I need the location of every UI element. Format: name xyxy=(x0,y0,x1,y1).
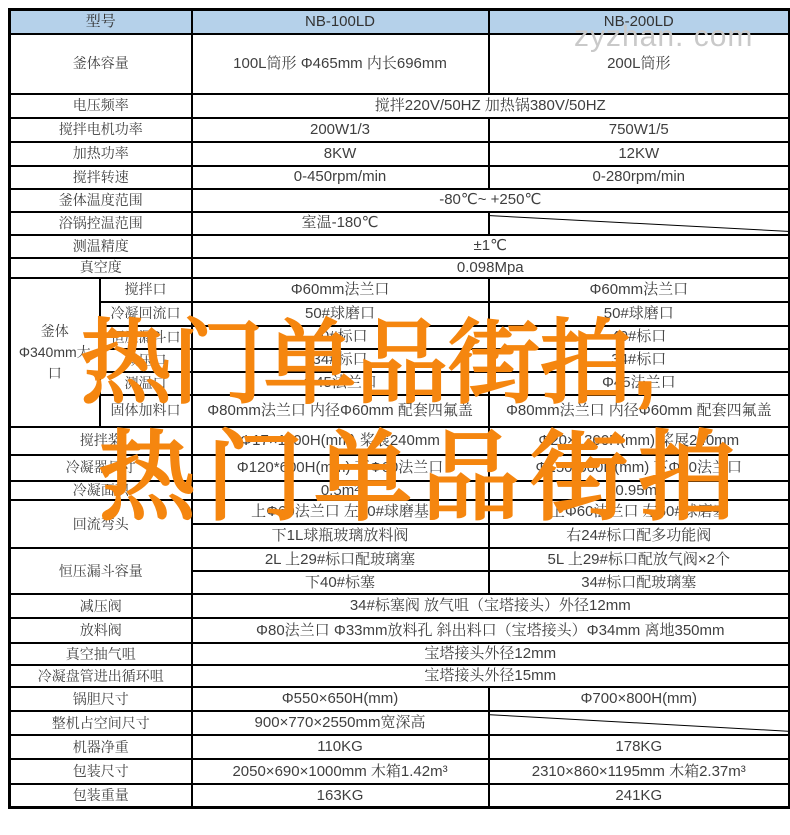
big-watermark-line2: 热门单品街拍 xyxy=(98,428,746,526)
table-row: 测温精度±1℃ xyxy=(10,235,790,258)
table-row: 锅胆尺寸Φ550×650H(mm)Φ700×800H(mm) xyxy=(10,687,790,711)
row-label: 冷凝盘管进出循环咀 xyxy=(10,665,192,687)
cell-value-span: Φ80法兰口 Φ33mm放料孔 斜出料口（宝塔接头）Φ34mm 离地350mm xyxy=(192,618,790,643)
table-row: 机器净重110KG178KG xyxy=(10,735,790,759)
table-row: 浴锅控温范围室温-180℃ xyxy=(10,212,790,235)
table-row: 搅拌转速0-450rpm/min0-280rpm/min xyxy=(10,166,790,189)
cell-value: 241KG xyxy=(489,784,790,808)
table-row: 包装重量163KG241KG xyxy=(10,784,790,808)
cell-value: Φ60mm法兰口 xyxy=(489,278,790,302)
sub-row-label: 搅拌口 xyxy=(100,278,192,302)
cell-value: 900×770×2550mm宽深高 xyxy=(192,711,489,735)
cell-value-span: 搅拌220V/50HZ 加热锅380V/50HZ xyxy=(192,94,790,118)
cell-value: 200W1/3 xyxy=(192,118,489,142)
cell-value: Φ700×800H(mm) xyxy=(489,687,790,711)
not-applicable-slash xyxy=(490,213,789,234)
row-label: 电压频率 xyxy=(10,94,192,118)
cell-value: 2050×690×1000mm 木箱1.42m³ xyxy=(192,759,489,784)
row-label: 恒压漏斗容量 xyxy=(10,548,192,594)
cell-value: 34#标口配玻璃塞 xyxy=(489,571,790,594)
table-row: 减压阀34#标塞阀 放气咀（宝塔接头）外径12mm xyxy=(10,594,790,618)
cell-value-span: 宝塔接头外径15mm xyxy=(192,665,790,687)
cell-value: 8KW xyxy=(192,142,489,166)
not-applicable-slash xyxy=(490,712,789,734)
cell-value-span: 34#标塞阀 放气咀（宝塔接头）外径12mm xyxy=(192,594,790,618)
row-label: 浴锅控温范围 xyxy=(10,212,192,235)
cell-value xyxy=(489,711,790,735)
table-row: 加热功率8KW12KW xyxy=(10,142,790,166)
cell-value-span: -80℃~ +250℃ xyxy=(192,189,790,212)
cell-value: 110KG xyxy=(192,735,489,759)
row-label: 放料阀 xyxy=(10,618,192,643)
row-label: 包装重量 xyxy=(10,784,192,808)
table-row: 真空度0.098Mpa xyxy=(10,258,790,278)
model-header-label: 型号 xyxy=(10,10,192,34)
spec-sheet-page: 型号NB-100LDNB-200LD釜体容量100L筒形 Φ465mm 内长69… xyxy=(0,0,790,835)
table-row: 真空抽气咀宝塔接头外径12mm xyxy=(10,643,790,665)
table-row: 搅拌电机功率200W1/3750W1/5 xyxy=(10,118,790,142)
row-label: 搅拌转速 xyxy=(10,166,192,189)
row-label: 釜体容量 xyxy=(10,34,192,94)
row-label: 整机占空间尺寸 xyxy=(10,711,192,735)
row-label: 搅拌电机功率 xyxy=(10,118,192,142)
row-label: 机器净重 xyxy=(10,735,192,759)
cell-value: 室温-180℃ xyxy=(192,212,489,235)
cell-value: 下40#标塞 xyxy=(192,571,489,594)
row-label: 测温精度 xyxy=(10,235,192,258)
row-label: 锅胆尺寸 xyxy=(10,687,192,711)
big-watermark-line1: 热门单品街拍, xyxy=(80,318,658,410)
cell-value: Φ550×650H(mm) xyxy=(192,687,489,711)
cell-value: 0-450rpm/min xyxy=(192,166,489,189)
row-label: 包装尺寸 xyxy=(10,759,192,784)
row-label: 减压阀 xyxy=(10,594,192,618)
cell-value: 5L 上29#标口配放气阀×2个 xyxy=(489,548,790,571)
cell-value: 178KG xyxy=(489,735,790,759)
row-label: 真空度 xyxy=(10,258,192,278)
cell-value: Φ60mm法兰口 xyxy=(192,278,489,302)
cell-value: 750W1/5 xyxy=(489,118,790,142)
table-row: 釜体Φ340mm大口搅拌口Φ60mm法兰口Φ60mm法兰口 xyxy=(10,278,790,302)
table-row: 包装尺寸2050×690×1000mm 木箱1.42m³2310×860×119… xyxy=(10,759,790,784)
cell-value: 2310×860×1195mm 木箱2.37m³ xyxy=(489,759,790,784)
cell-value: 2L 上29#标口配玻璃塞 xyxy=(192,548,489,571)
table-row: 恒压漏斗容量2L 上29#标口配玻璃塞5L 上29#标口配放气阀×2个 xyxy=(10,548,790,571)
cell-value-span: 0.098Mpa xyxy=(192,258,790,278)
model-name-col1: NB-100LD xyxy=(192,10,489,34)
cell-value: 100L筒形 Φ465mm 内长696mm xyxy=(192,34,489,94)
row-label: 釜体温度范围 xyxy=(10,189,192,212)
row-label: 加热功率 xyxy=(10,142,192,166)
cell-value-span: ±1℃ xyxy=(192,235,790,258)
table-row: 电压频率搅拌220V/50HZ 加热锅380V/50HZ xyxy=(10,94,790,118)
table-row: 冷凝盘管进出循环咀宝塔接头外径15mm xyxy=(10,665,790,687)
cell-value: 12KW xyxy=(489,142,790,166)
cell-value xyxy=(489,212,790,235)
cell-value: 163KG xyxy=(192,784,489,808)
site-watermark: zyzhan. com xyxy=(574,20,753,54)
row-label: 真空抽气咀 xyxy=(10,643,192,665)
cell-value-span: 宝塔接头外径12mm xyxy=(192,643,790,665)
cell-value: 0-280rpm/min xyxy=(489,166,790,189)
table-row: 釜体温度范围-80℃~ +250℃ xyxy=(10,189,790,212)
table-row: 整机占空间尺寸900×770×2550mm宽深高 xyxy=(10,711,790,735)
table-row: 放料阀Φ80法兰口 Φ33mm放料孔 斜出料口（宝塔接头）Φ34mm 离地350… xyxy=(10,618,790,643)
